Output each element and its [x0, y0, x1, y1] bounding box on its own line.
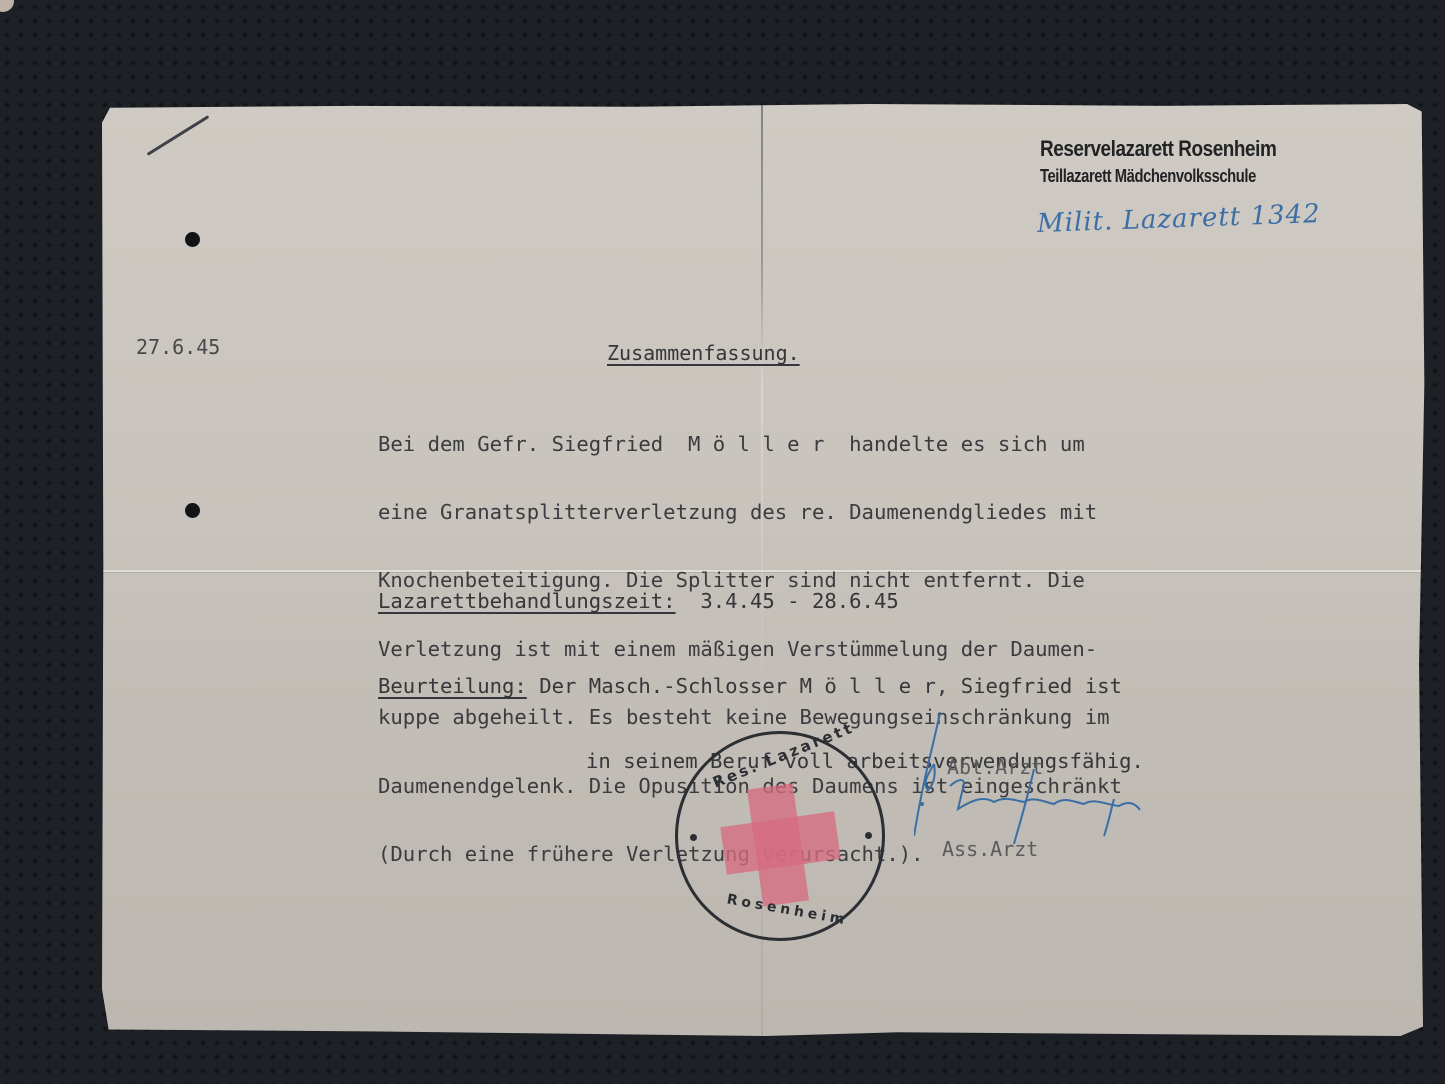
document-title: Zusammenfassung.: [607, 342, 800, 365]
seal-dot: [690, 834, 697, 841]
document-date: 27.6.45: [136, 336, 220, 359]
letterhead-line2: Teillazarett Mädchenvolksschule: [1040, 167, 1265, 185]
red-cross-icon-bar: [720, 811, 841, 875]
punch-hole-bottom: [185, 503, 200, 518]
body-line: Bei dem Gefr. Siegfried M ö l l e r hand…: [378, 433, 1122, 456]
document-paper: Reservelazarett Rosenheim Teillazarett M…: [102, 104, 1427, 1036]
body-line: eine Granatsplitterverletzung des re. Da…: [378, 501, 1122, 524]
hospital-stay-value: 3.4.45 - 28.6.45: [676, 589, 899, 613]
evaluation-label: Beurteilung:: [378, 674, 527, 698]
evaluation-line1: Der Masch.-Schlosser M ö l l e r, Siegfr…: [527, 674, 1122, 698]
handwritten-signature: [914, 704, 1144, 854]
red-cross-seal: Res. Lazarett Rosenheim: [675, 731, 885, 941]
letterhead-line1: Reservelazarett Rosenheim: [1040, 138, 1276, 160]
letterhead-stamp: Reservelazarett Rosenheim Teillazarett M…: [1040, 138, 1315, 185]
seal-dot: [865, 832, 872, 839]
handwritten-note: Milit. Lazarett 1342: [1037, 199, 1322, 239]
hospital-stay-label: Lazarettbehandlungszeit:: [378, 589, 676, 613]
hospital-stay-row: Lazarettbehandlungszeit: 3.4.45 - 28.6.4…: [378, 590, 899, 613]
background-object: [0, 0, 14, 12]
pencil-tick-mark: [147, 115, 210, 156]
punch-hole-top: [185, 232, 200, 247]
